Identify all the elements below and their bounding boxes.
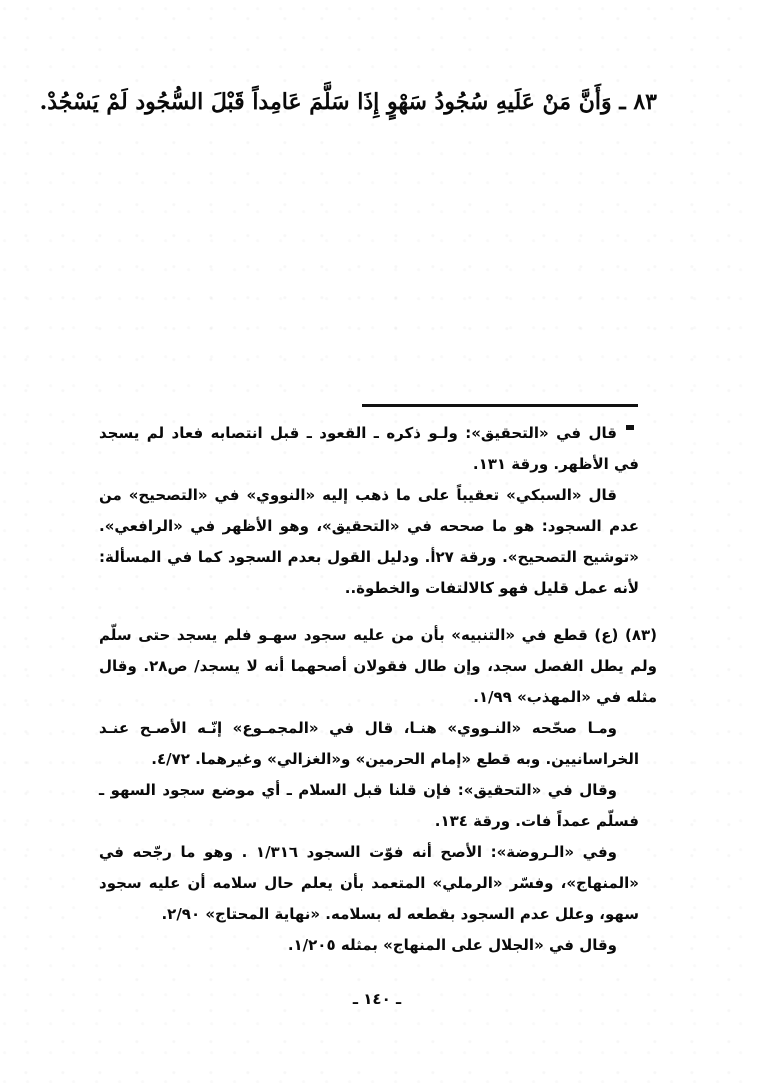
- scanned-page: ٨٣ ـ وَأَنَّ مَنْ عَلَيهِ سُجُودُ سَهْوٍ…: [0, 0, 757, 1083]
- footnote-paragraph: وقال في «الجلال على المنهاج» بمثله ١/٢٠٥…: [99, 930, 639, 961]
- footnote-paragraph: (٨٣) (ع) قطع في «التنبيه» بأن من عليه سج…: [99, 620, 657, 713]
- footnote-separator: [362, 404, 638, 407]
- footnote-paragraph: وفي «الـروضة»: الأصح أنه فوّت السجود ١/٣…: [99, 837, 639, 930]
- footnote-paragraph: قال «السبكي» تعقيباً على ما ذهب إليه «ال…: [99, 480, 639, 604]
- footnote-paragraph: قال في «التحقيق»: ولـو ذكره ـ القعود ـ ق…: [99, 418, 639, 480]
- footnote-paragraph: وقال في «التحقيق»: فإن قلنا قبل السلام ـ…: [99, 775, 639, 837]
- footnote-paragraph: ومـا صحّحه «النـووي» هنـا، قال في «المجم…: [99, 713, 639, 775]
- page-number: ـ ١٤٠ ـ: [352, 990, 402, 1008]
- footnotes-block: قال في «التحقيق»: ولـو ذكره ـ القعود ـ ق…: [99, 418, 639, 961]
- main-text-line: ٨٣ ـ وَأَنَّ مَنْ عَلَيهِ سُجُودُ سَهْوٍ…: [97, 78, 657, 126]
